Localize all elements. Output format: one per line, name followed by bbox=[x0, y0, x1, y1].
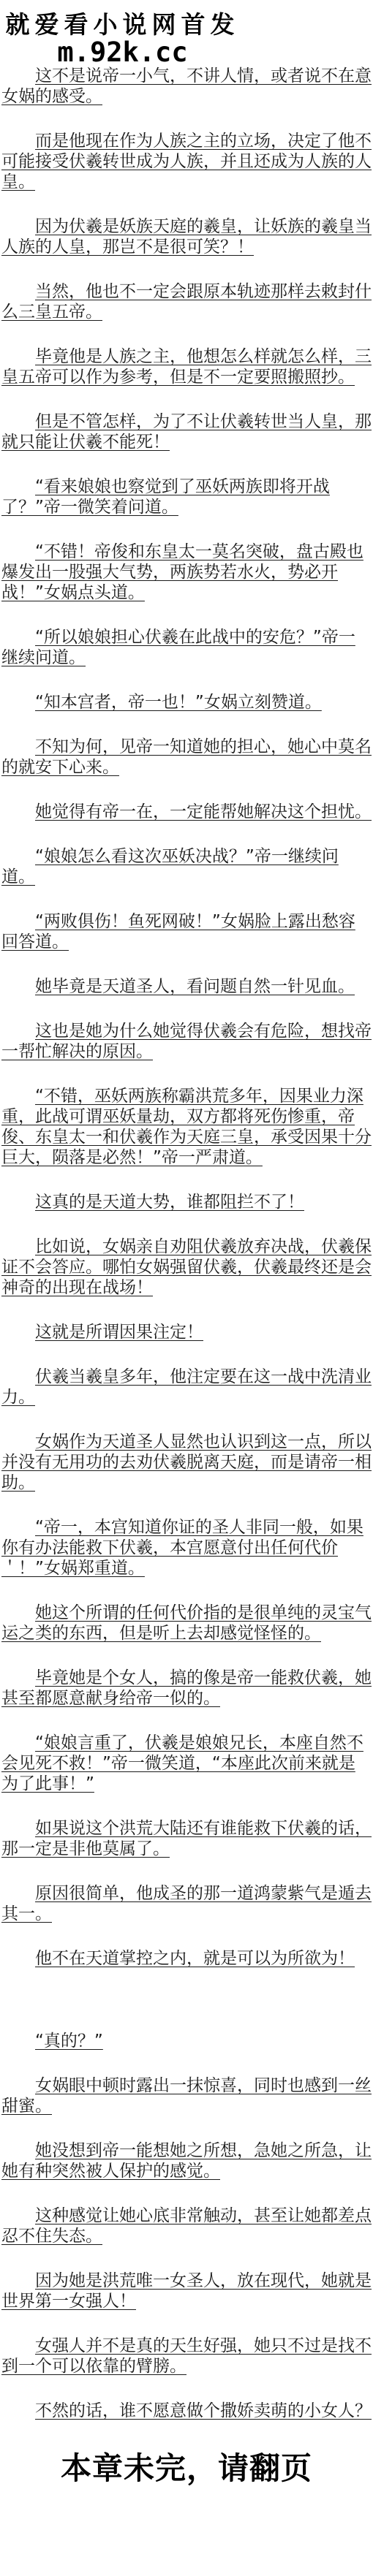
novel-paragraph: 不然的话，谁不愿意做个撒娇卖萌的小女人？ bbox=[1, 2401, 372, 2421]
novel-paragraph: 女娲眼中顿时露出一抹惊喜，同时也感到一丝甜蜜。 bbox=[1, 2075, 372, 2116]
novel-paragraph: “娘娘言重了，伏羲是娘娘兄长，本座自然不会见死不救！”帝一微笑道，“本座此次前来… bbox=[1, 1733, 372, 1794]
novel-paragraph: 毕竟他是人族之主，他想怎么样就怎么样，三皇五帝可以作为参考，但是不一定要照搬照抄… bbox=[1, 346, 372, 387]
chapter-content: 这不是说帝一小气，不讲人情，或者说不在意女娲的感受。 而是他现在作为人族之主的立… bbox=[0, 66, 373, 2421]
novel-paragraph: 她毕竟是天道圣人，看问题自然一针见血。 bbox=[1, 976, 372, 997]
novel-paragraph: 如果说这个洪荒大陆还有谁能救下伏羲的话，那一定是非他莫属了。 bbox=[1, 1818, 372, 1859]
page-end-notice: 本章未完，请翻页 bbox=[0, 2450, 373, 2487]
novel-paragraph: 这种感觉让她心底非常触动，甚至让她都差点忍不住失态。 bbox=[1, 2205, 372, 2246]
novel-paragraph: “帝一，本宫知道你证的圣人非同一般，如果你有办法能救下伏羲，本宫愿意付出任何代价… bbox=[1, 1517, 372, 1578]
novel-paragraph: “两败俱伤！鱼死网破！”女娲脸上露出愁容回答道。 bbox=[1, 911, 372, 952]
novel-paragraph: 原因很简单，他成圣的那一道鸿蒙紫气是遁去其一。 bbox=[1, 1883, 372, 1924]
novel-paragraph: 她这个所谓的任何代价指的是很单纯的灵宝气运之类的东西，但是听上去却感觉怪怪的。 bbox=[1, 1603, 372, 1644]
novel-paragraph: 不知为何，见帝一知道她的担心，她心中莫名的就安下心来。 bbox=[1, 737, 372, 778]
novel-paragraph: 毕竟她是个女人，搞的像是帝一能救伏羲，她甚至都愿意献身给帝一似的。 bbox=[1, 1668, 372, 1709]
novel-paragraph: “不错，巫妖两族称霸洪荒多年，因果业力深重，此战可谓巫妖量劫，双方都将死伤惨重，… bbox=[1, 1086, 372, 1168]
novel-paragraph: 比如说，女娲亲自劝阻伏羲放弃决战，伏羲保证不会答应。哪怕女娲强留伏羲，伏羲最终还… bbox=[1, 1236, 372, 1298]
novel-paragraph: 这真的是天道大势，谁都阻拦不了！ bbox=[1, 1192, 372, 1212]
novel-paragraph: 这不是说帝一小气，不讲人情，或者说不在意女娲的感受。 bbox=[1, 66, 372, 107]
novel-paragraph: 这就是所谓因果注定！ bbox=[1, 1322, 372, 1342]
site-name: 就爱看小说网首发 bbox=[0, 10, 245, 39]
novel-paragraph: “知本宫者，帝一也！”女娲立刻赞道。 bbox=[1, 692, 372, 713]
novel-paragraph: 而是他现在作为人族之主的立场，决定了他不可能接受伏羲转世成为人族，并且还成为人族… bbox=[1, 131, 372, 192]
novel-paragraph: “不错！帝俊和东皇太一莫名突破，盘古殿也爆发出一股强大气势，两族势若水火，势必开… bbox=[1, 542, 372, 603]
novel-paragraph: 她觉得有帝一在，一定能帮她解决这个担忧。 bbox=[1, 802, 372, 822]
novel-paragraph: 因为伏羲是妖族天庭的羲皇，让妖族的羲皇当人族的人皇，那岂不是很可笑？！ bbox=[1, 216, 372, 257]
novel-paragraph: “真的？” bbox=[1, 2031, 372, 2051]
novel-paragraph: 女强人并不是真的天生好强，她只不过是找不到一个可以依靠的臂膀。 bbox=[1, 2336, 372, 2376]
novel-paragraph: “看来娘娘也察觉到了巫妖两族即将开战了？”帝一微笑着问道。 bbox=[1, 476, 372, 517]
novel-paragraph: “所以娘娘担心伏羲在此战中的安危？”帝一继续问道。 bbox=[1, 627, 372, 668]
novel-paragraph: “娘娘怎么看这次巫妖决战？”帝一继续问道。 bbox=[1, 846, 372, 887]
site-watermark: 就爱看小说网首发 m.92k.cc bbox=[0, 10, 245, 66]
novel-paragraph: 这也是她为什么她觉得伏羲会有危险，想找帝一帮忙解决的原因。 bbox=[1, 1021, 372, 1062]
novel-paragraph: 当然，他也不一定会跟原本轨迹那样去敕封什么三皇五帝。 bbox=[1, 281, 372, 322]
novel-paragraph: 她没想到帝一能想她之所想，急她之所急，让她有种突然被人保护的感觉。 bbox=[1, 2140, 372, 2181]
novel-paragraph: 女娲作为天道圣人显然也认识到这一点，所以并没有无用功的去劝伏羲脱离天庭，而是请帝… bbox=[1, 1432, 372, 1493]
site-url: m.92k.cc bbox=[0, 39, 245, 66]
novel-paragraph: 他不在天道掌控之内，就是可以为所欲为！ bbox=[1, 1948, 372, 1969]
novel-reader-page: { "header": { "site_name": "就爱看小说网首发", "… bbox=[0, 10, 373, 2487]
novel-paragraph: 因为她是洪荒唯一女圣人，放在现代，她就是世界第一女强人！ bbox=[1, 2271, 372, 2311]
novel-paragraph: 伏羲当羲皇多年，他注定要在这一战中洗清业力。 bbox=[1, 1367, 372, 1407]
novel-paragraph: 但是不管怎样，为了不让伏羲转世当人皇，那就只能让伏羲不能死！ bbox=[1, 411, 372, 452]
